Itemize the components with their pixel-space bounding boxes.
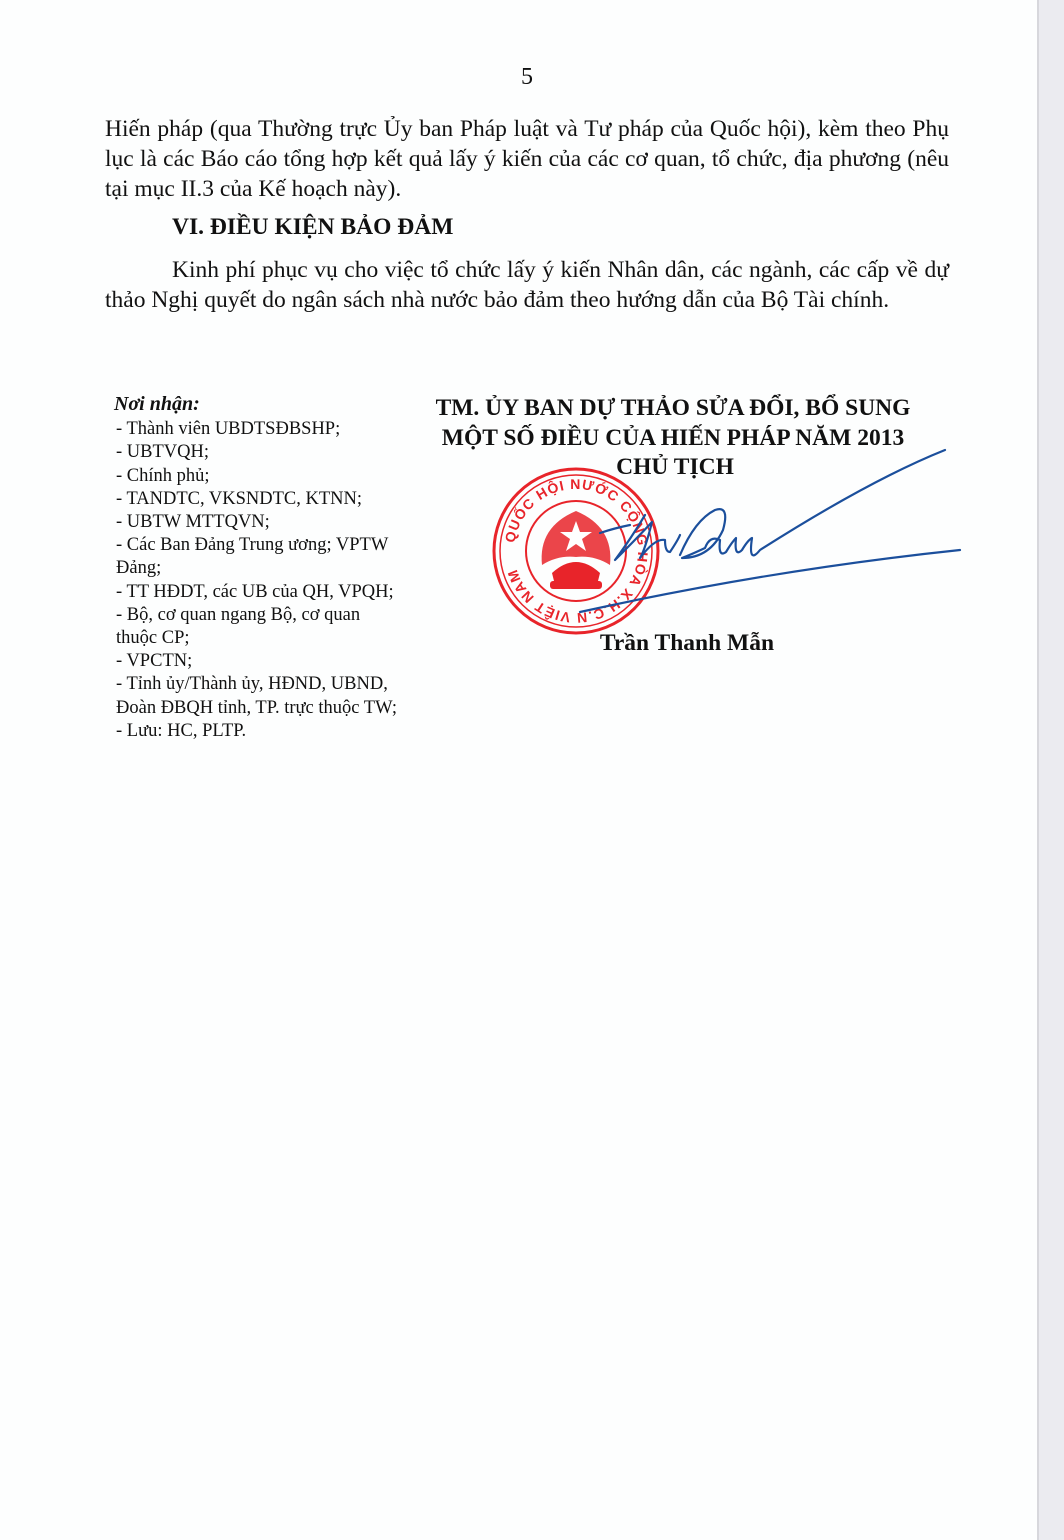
recipient-item: - TT HĐDT, các UB của QH, VPQH;	[116, 581, 404, 604]
recipient-item: - Các Ban Đảng Trung ương; VPTW Đảng;	[116, 534, 404, 580]
organization-line-1: TM. ỦY BAN DỰ THẢO SỬA ĐỔI, BỔ SUNG	[398, 394, 948, 424]
recipient-item: - TANDTC, VKSNDTC, KTNN;	[116, 488, 404, 511]
recipient-item: - Lưu: HC, PLTP.	[116, 720, 404, 743]
recipient-item: - VPCTN;	[116, 650, 404, 673]
page-number: 5	[0, 64, 1054, 91]
recipient-item: - Chính phủ;	[116, 465, 404, 488]
recipient-item: - UBTVQH;	[116, 441, 404, 464]
recipients-title: Nơi nhận:	[114, 393, 404, 416]
recipient-item: - Tỉnh ủy/Thành ủy, HĐND, UBND, Đoàn ĐBQ…	[116, 673, 404, 719]
recipients-list: Nơi nhận: - Thành viên UBDTSĐBSHP; - UBT…	[114, 393, 404, 743]
recipient-item: - Thành viên UBDTSĐBSHP;	[116, 418, 404, 441]
document-page: 5 Hiến pháp (qua Thường trực Ủy ban Pháp…	[0, 0, 1039, 1540]
signer-name: Trần Thanh Mẫn	[562, 630, 812, 657]
section-paragraph: Kinh phí phục vụ cho việc tổ chức lấy ý …	[105, 255, 949, 315]
handwritten-signature-icon	[570, 440, 970, 630]
section-heading: VI. ĐIỀU KIỆN BẢO ĐẢM	[172, 212, 453, 242]
recipient-item: - Bộ, cơ quan ngang Bộ, cơ quan thuộc CP…	[116, 604, 404, 650]
paragraph-continuation: Hiến pháp (qua Thường trực Ủy ban Pháp l…	[105, 114, 949, 204]
recipient-item: - UBTW MTTQVN;	[116, 511, 404, 534]
